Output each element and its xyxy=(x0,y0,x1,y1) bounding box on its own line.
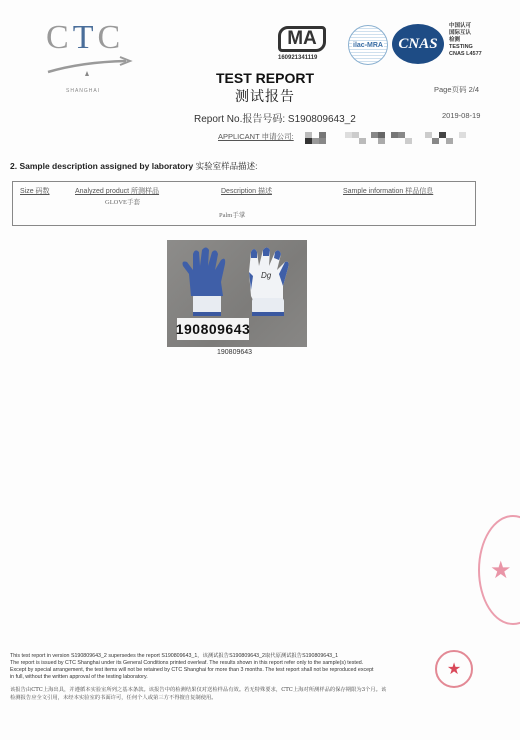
seal-star-icon: ★ xyxy=(447,659,461,679)
cell-product: GLOVE手套 xyxy=(105,197,140,206)
cnas-info-line: 检测 xyxy=(449,37,482,44)
section-heading-en: 2. Sample description assigned by labora… xyxy=(10,161,196,171)
cma-mark: MA xyxy=(278,26,326,52)
cnas-info-line: 国际互认 xyxy=(449,30,482,37)
cma-number: 160921341119 xyxy=(278,55,328,61)
footer-terms-line: Except by special arrangement, the test … xyxy=(10,667,374,673)
column-header-description: Description 描述 xyxy=(221,186,272,196)
column-header-size: Size 码数 xyxy=(20,186,50,196)
report-date: 2019-08-19 xyxy=(442,111,480,120)
cnas-logo: CNAS xyxy=(392,24,444,64)
footer-supersede-note: This test report in version S190809643_2… xyxy=(10,651,338,659)
cma-logo: MA 160921341119 xyxy=(278,26,328,61)
footer-terms-line: The report is issued by CTC Shanghai und… xyxy=(10,660,363,666)
seal-star-icon: ★ xyxy=(490,556,512,585)
ilac-label: ilac-MRA xyxy=(352,42,384,49)
report-number-value: S190809643_2 xyxy=(288,114,356,125)
column-header-product: Analyzed product 所测样品 xyxy=(75,186,159,196)
ilac-mra-logo: ilac-MRA xyxy=(348,25,388,65)
applicant-label: APPLICANT 申请公司: xyxy=(218,131,294,142)
footer-terms-line: in full, without the written approval of… xyxy=(10,674,148,680)
cnas-info: 中国认可 国际互认 检测 TESTING CNAS L4577 xyxy=(449,23,482,58)
report-number-label: Report No.报告号码: xyxy=(194,114,285,125)
footer-terms-zh-line: 该报告由CTC上海出具，并遵循本实验室所列之基本条款。该报告中的检测结果仅对送检… xyxy=(10,685,386,693)
section-heading-zh: 实验室样品描述: xyxy=(196,161,258,171)
glove-back-icon: Dg xyxy=(239,244,295,318)
glove-palm-icon xyxy=(181,246,233,318)
applicant-redacted xyxy=(305,132,475,146)
cnas-info-line: TESTING xyxy=(449,44,482,51)
cnas-info-line: 中国认可 xyxy=(449,23,482,30)
page-number: Page页码 2/4 xyxy=(434,84,479,95)
report-number: Report No.报告号码: S190809643_2 xyxy=(194,110,356,125)
cnas-info-line: CNAS L4577 xyxy=(449,51,482,58)
svg-text:Dg: Dg xyxy=(261,271,272,280)
testing-seal: ★ xyxy=(435,650,473,688)
section-heading: 2. Sample description assigned by labora… xyxy=(10,160,258,172)
cnas-label: CNAS xyxy=(398,36,437,53)
logo-letter-c1: C xyxy=(46,19,73,56)
footer-terms-zh-line: 检测报告应全文引用，未经本实验室的书面许可，任何个人或第三方不得擅自复制使用。 xyxy=(10,693,217,701)
column-header-sample-info: Sample information 样品信息 xyxy=(343,186,433,196)
logo-letter-t: T xyxy=(73,19,98,56)
sample-description-table: Size 码数 Analyzed product 所测样品 Descriptio… xyxy=(12,181,476,226)
cell-description: Palm手掌 xyxy=(219,210,245,219)
photo-caption: 190809643 xyxy=(217,349,252,356)
ctc-logo-letters: CTC xyxy=(46,18,124,58)
sample-photo: Dg 190809643 xyxy=(167,240,307,347)
sample-id-tag: 190809643 xyxy=(177,318,249,340)
logo-letter-c2: C xyxy=(97,19,124,56)
